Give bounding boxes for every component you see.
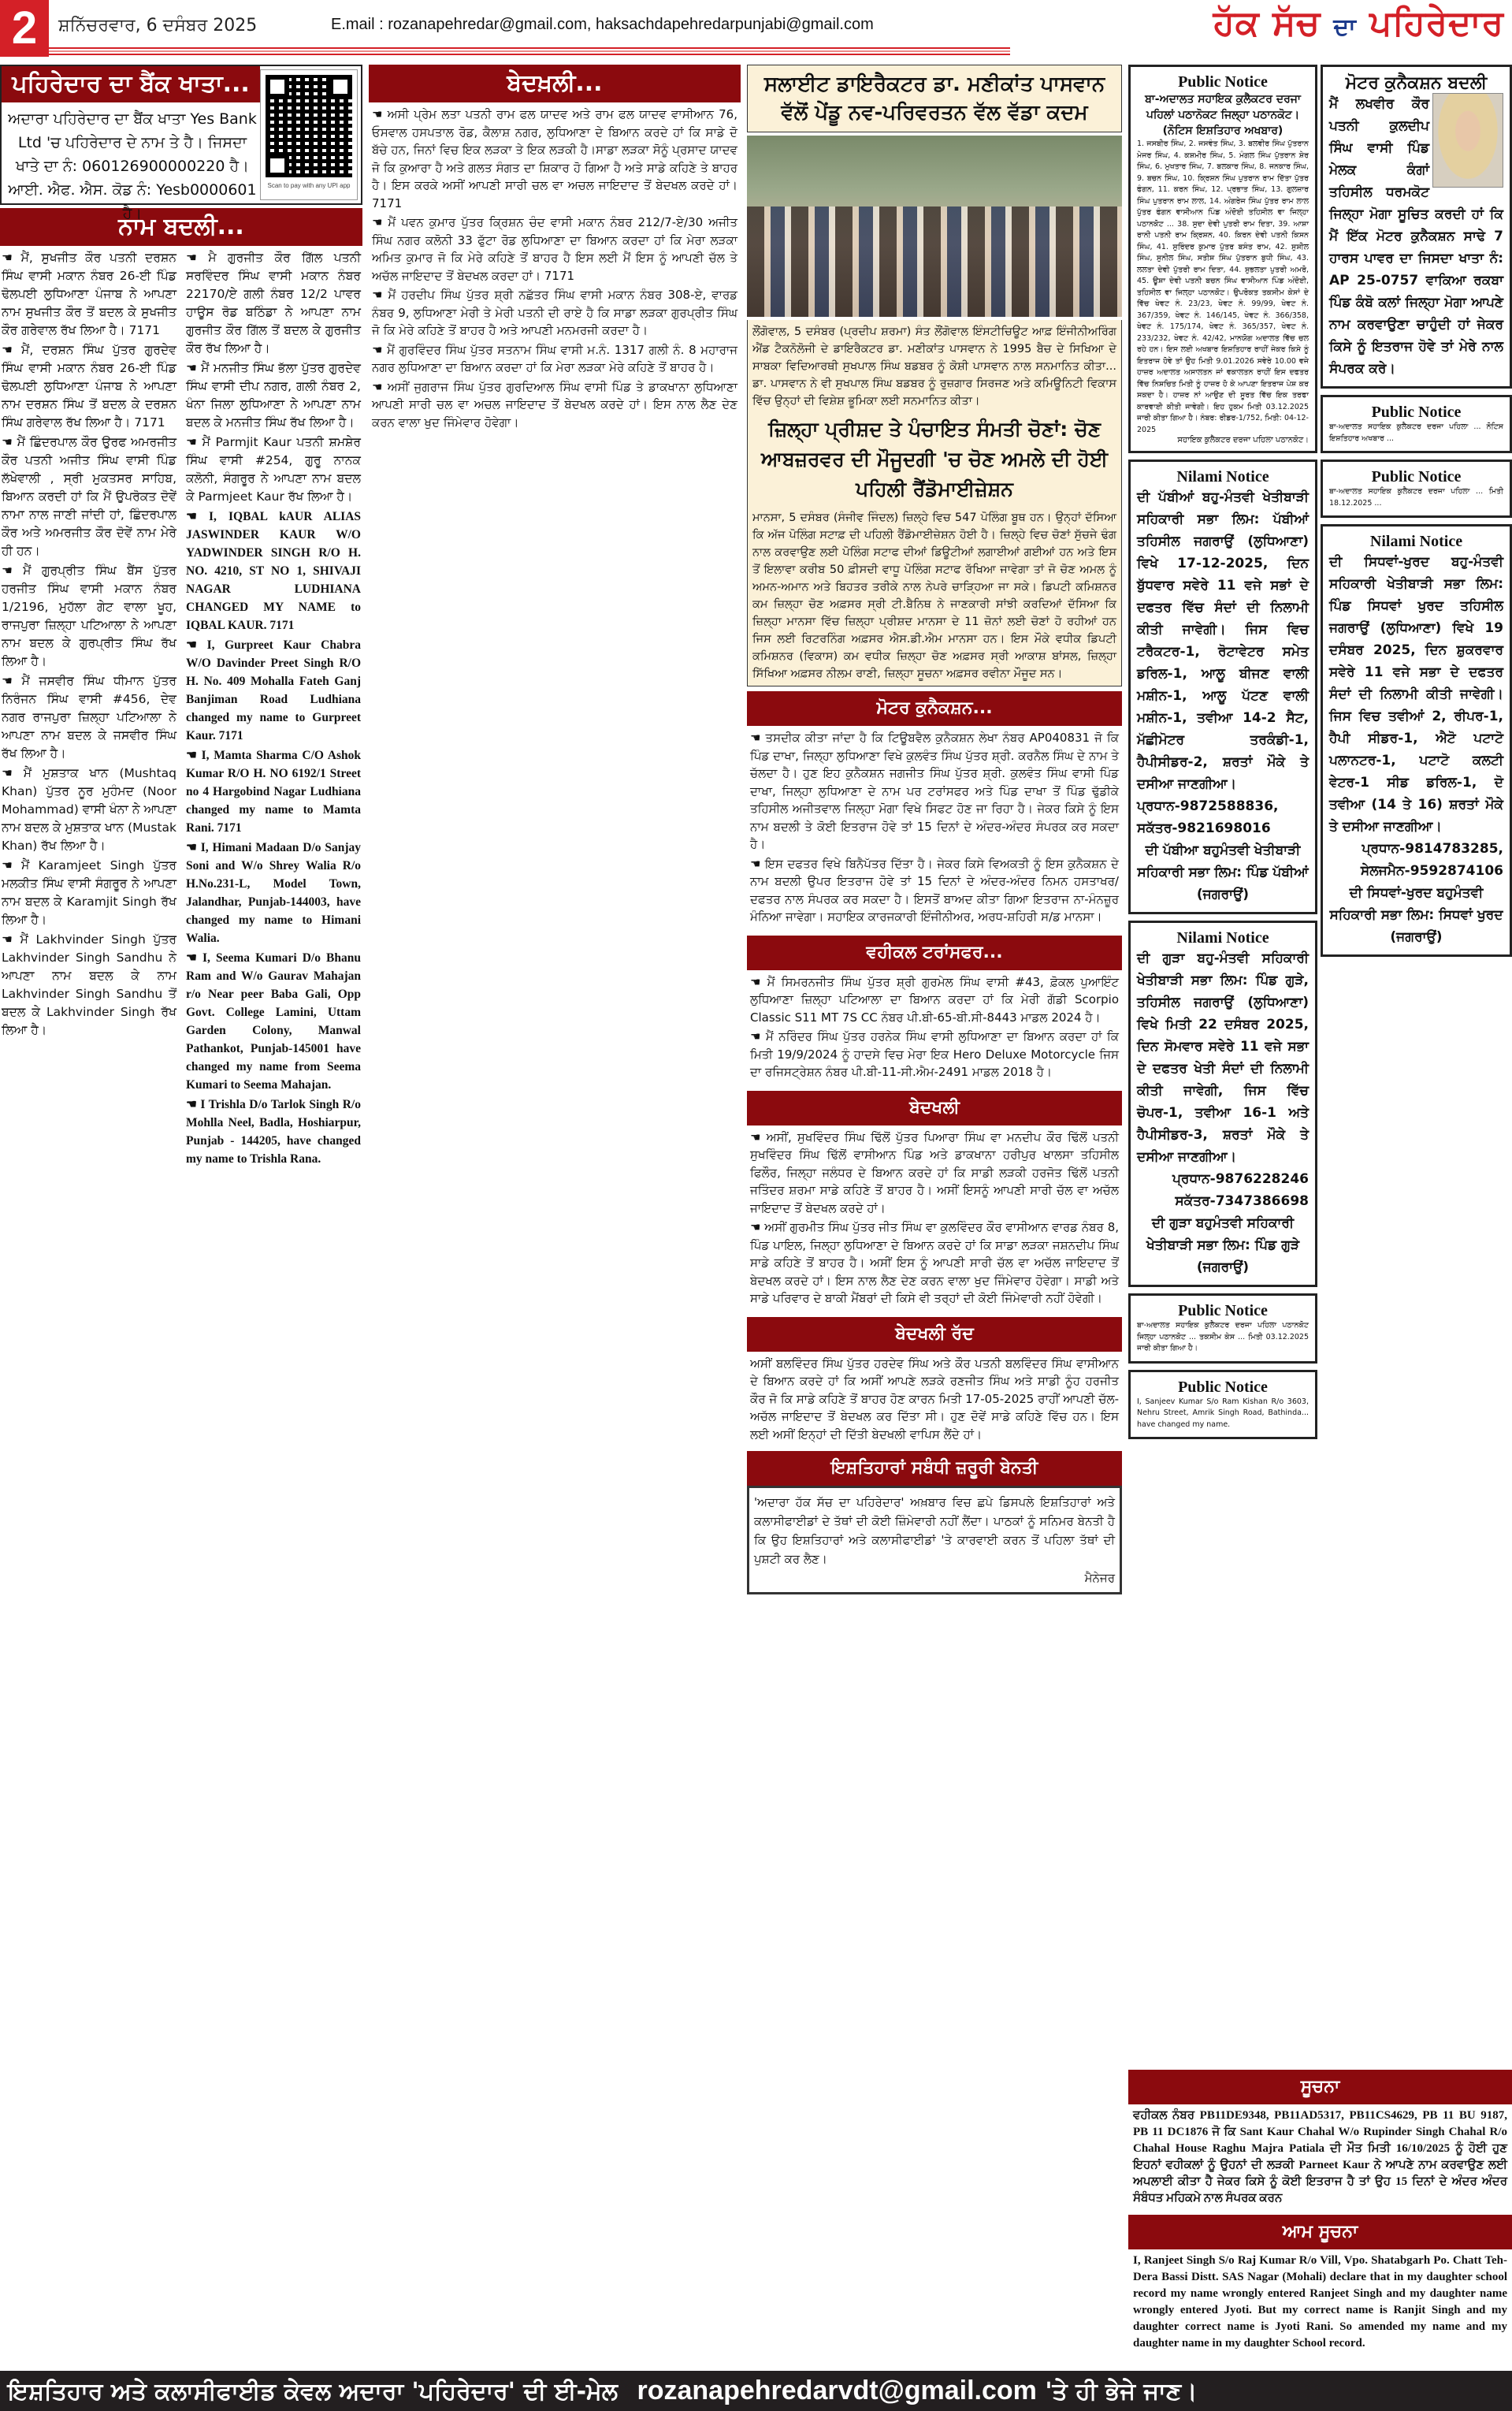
- notice-contacts: ਪ੍ਰਧਾਨ-9814783285, ਸੇਲਜਮੈਨ-9592874106: [1329, 838, 1503, 882]
- list-item: ਤਸਦੀਕ ਕੀਤਾ ਜਾਂਦਾ ਹੈ ਕਿ ਟਿਊਬਵੈਲ ਕੁਨੈਕਸ਼ਨ …: [750, 729, 1119, 854]
- notice-title: Nilami Notice: [1137, 929, 1309, 947]
- bank-account-text: ਅਦਾਰਾ ਪਹਿਰੇਦਾਰ ਦਾ ਬੈਂਕ ਖਾਤਾ Yes Bank Ltd…: [6, 107, 258, 225]
- banner-email[interactable]: rozanapehredarvdt@gmail.com: [637, 2376, 1037, 2405]
- notice-body: ਦੀ ਪੱਬੀਆਂ ਬਹੁ-ਮੰਤਵੀ ਖੇਤੀਬਾੜੀ ਸਹਿਕਾਰੀ ਸਭਾ…: [1137, 486, 1309, 795]
- notice-title: Public Notice: [1137, 1302, 1309, 1320]
- logo-left: ਹੱਕ ਸੱਚ: [1213, 3, 1321, 43]
- ads-request-heading: ਇਸ਼ਤਿਹਾਰਾਂ ਸਬੰਧੀ ਜ਼ਰੂਰੀ ਬੇਨਤੀ: [747, 1451, 1122, 1486]
- list-item: ਮੈਂ ਮਨਜੀਤ ਸਿੰਘ ਭੱਲਾ ਪੁੱਤਰ ਗੁਰਦੇਵ ਸਿੰਘ ਵਾ…: [186, 359, 361, 432]
- notice-signature: ਦੀ ਗੁੜਾ ਬਹੁਮੰਤਵੀ ਸਹਿਕਾਰੀ ਖੇਤੀਬਾੜੀ ਸਭਾ ਲਿ…: [1137, 1212, 1309, 1278]
- list-item: I Trishla D/o Tarlok Singh R/o Mohlla Ne…: [186, 1096, 361, 1168]
- bedkhali-radd-heading: ਬੇਦਖਲੀ ਰੱਦ: [747, 1317, 1122, 1352]
- name-change-col-left: ਮੈਂ, ਸੁਖਜੀਤ ਕੌਰ ਪਤਨੀ ਦਰਸ਼ਨ ਸਿੰਘ ਵਾਸੀ ਮਕਾ…: [2, 249, 176, 1170]
- list-item: ਮੈਂ ਹਰਦੀਪ ਸਿੰਘ ਪੁੱਤਰ ਸ਼੍ਰੀ ਨਛੱਤਰ ਸਿੰਘ ਵਾ…: [372, 286, 737, 340]
- bank-account-box: ਪਹਿਰੇਦਾਰ ਦਾ ਬੈਂਕ ਖਾਤਾ... ਅਦਾਰਾ ਪਹਿਰੇਦਾਰ …: [0, 65, 362, 205]
- bottom-banner: ਇਸ਼ਤਿਹਾਰ ਅਤੇ ਕਲਾਸੀਫਾਈਡ ਕੇਵਲ ਅਦਾਰਾ 'ਪਹਿਰੇ…: [0, 2371, 1512, 2411]
- list-item: ਮੈਂ ਮੁਸ਼ਤਾਕ ਖਾਨ (Mushtaq Khan) ਪੁੱਤਰ ਨੂਰ…: [2, 765, 176, 855]
- header-rules: [49, 47, 1010, 58]
- notice-signature: ਸਹਾਇਕ ਕੁਲੈਕਟਰ ਦਰਜਾ ਪਹਿਲਾ ਪਠਾਨਕੋਟ।: [1137, 436, 1309, 445]
- public-notice-2: Public Notice ਬਾ-ਅਦਾਲਤ ਸਹਾਇਕ ਕੁਲੈਕਟਰ ਦਰਜ…: [1128, 1293, 1317, 1364]
- name-change-col-right: ਮੈ ਗੁਰਜੀਤ ਕੌਰ ਗਿੱਲ ਪਤਨੀ ਸਰਵਿੰਦਰ ਸਿੰਘ ਵਾਸ…: [186, 249, 361, 1170]
- public-notice-pathankot: Public Notice ਬਾ-ਅਦਾਲਤ ਸਹਾਇਕ ਕੁਲੈਕਟਰ ਦਰਜ…: [1128, 65, 1317, 453]
- notice-body: ਬਾ-ਅਦਾਲਤ ਸਹਾਇਕ ਕੁਲੈਕਟਰ ਦਰਜਾ ਪਹਿਲਾ ... ਨੋ…: [1329, 422, 1503, 445]
- name-change-list: ਮੈਂ, ਸੁਖਜੀਤ ਕੌਰ ਪਤਨੀ ਦਰਸ਼ਨ ਸਿੰਘ ਵਾਸੀ ਮਕਾ…: [0, 246, 362, 1173]
- motor-connection-list: ਤਸਦੀਕ ਕੀਤਾ ਜਾਂਦਾ ਹੈ ਕਿ ਟਿਊਬਵੈਲ ਕੁਨੈਕਸ਼ਨ …: [747, 726, 1122, 931]
- list-item: ਮੈ ਗੁਰਜੀਤ ਕੌਰ ਗਿੱਲ ਪਤਨੀ ਸਰਵਿੰਦਰ ਸਿੰਘ ਵਾਸ…: [186, 249, 361, 358]
- suchna-heading: ਸੂਚਨਾ: [1128, 2070, 1512, 2104]
- bedkhali-radd-text: ਅਸੀਂ ਬਲਵਿੰਦਰ ਸਿੰਘ ਪੁੱਤਰ ਹਰਦੇਵ ਸਿੰਘ ਅਤੇ ਕ…: [747, 1352, 1122, 1447]
- applicant-photo: [1432, 93, 1503, 188]
- list-item: ਮੈਂ Parmjit Kaur ਪਤਨੀ ਸ਼ਮਸ਼ੇਰ ਸਿੰਘ ਵਾਸੀ …: [186, 433, 361, 506]
- bedkhali2-heading: ਬੇਦਖਲੀ: [747, 1091, 1122, 1126]
- vehicle-transfer-heading: ਵਹੀਕਲ ਟਰਾਂਸਫਰ...: [747, 936, 1122, 970]
- list-item: ਅਸੀਂ ਜੁਗਰਾਜ ਸਿੰਘ ਪੁੱਤਰ ਗੁਰਦਿਆਲ ਸਿੰਘ ਵਾਸੀ…: [372, 378, 737, 432]
- notice-contacts: ਪ੍ਰਧਾਨ-9876228246 ਸਕੱਤਰ-7347386698: [1137, 1168, 1309, 1212]
- upi-qr-code[interactable]: Scan to pay with any UPI app: [260, 69, 358, 200]
- notice-title: Public Notice: [1329, 468, 1503, 486]
- list-item: ਮੈਂ ਛਿੰਦਰਪਾਲ ਕੌਰ ਉਰਫ ਅਮਰਜੀਤ ਕੌਰ ਪਤਨੀ ਅਜੀ…: [2, 433, 176, 560]
- qr-caption: Scan to pay with any UPI app: [261, 182, 357, 189]
- public-notice-4: Public Notice ਬਾ-ਅਦਾਲਤ ਸਹਾਇਕ ਕੁਲੈਕਟਰ ਦਰਜ…: [1321, 395, 1512, 453]
- suchna-section: ਸੂਚਨਾ ਵਹੀਕਲ ਨੰਬਰ PB11DE9348, PB11AD5317,…: [1128, 2070, 1512, 2355]
- list-item: ਅਸੀਂ, ਸੁਖਵਿੰਦਰ ਸਿੰਘ ਢਿੱਲੋਂ ਪੁੱਤਰ ਪਿਆਰਾ ਸ…: [750, 1129, 1119, 1218]
- nilami-notice-sidhwan: Nilami Notice ਦੀ ਸਿਧਵਾਂ-ਖੁਰਦ ਬਹੁ-ਮੰਤਵੀ ਸ…: [1321, 524, 1512, 957]
- list-item: I, Seema Kumari D/o Bhanu Ram and W/o Ga…: [186, 949, 361, 1094]
- election-body: ਮਾਨਸਾ, 5 ਦਸੰਬਰ (ਸੰਜੀਵ ਜਿੰਦਲ) ਜ਼ਿਲ੍ਹੇ ਵਿਚ…: [747, 506, 1122, 686]
- list-item: ਮੈਂ ਨਰਿੰਦਰ ਸਿੰਘ ਪੁੱਤਰ ਹਰਨੇਕ ਸਿੰਘ ਵਾਸੀ ਲੁ…: [750, 1028, 1119, 1081]
- notice-body: ਬਾ-ਅਦਾਲਤ ਸਹਾਇਕ ਕੁਲੈਕਟਰ ਦਰਜਾ ਪਹਿਲਾ ... ਮਿ…: [1329, 486, 1503, 509]
- notice-signature: ਦੀ ਸਿਧਵਾਂ-ਖੁਰਦ ਬਹੁਮੰਤਵੀ ਸਹਿਕਾਰੀ ਸਭਾ ਲਿਮ:…: [1329, 882, 1503, 948]
- ads-request-box: 'ਅਦਾਰਾ ਹੱਕ ਸੱਚ ਦਾ ਪਹਿਰੇਦਾਰ' ਅਖ਼ਬਾਰ ਵਿਚ ਛ…: [747, 1486, 1122, 1594]
- feature-headline: ਸਲਾਈਟ ਡਾਇਰੈਕਟਰ ਡਾ. ਮਣੀਕਾਂਤ ਪਾਸਵਾਨ ਵੱਲੋਂ …: [747, 65, 1122, 132]
- feature-photo: [747, 136, 1122, 317]
- notice-title: Public Notice: [1329, 404, 1503, 422]
- list-item: ਮੈਂ ਗੁਰਪ੍ਰੀਤ ਸਿੰਘ ਬੈਂਸ ਪੁੱਤਰ ਹਰਜੀਤ ਸਿੰਘ …: [2, 562, 176, 671]
- bedkhali-list: ਅਸੀ ਪ੍ਰੇਮ ਲਤਾ ਪਤਨੀ ਰਾਮ ਫਲ ਯਾਦਵ ਅਤੇ ਰਾਮ ਫ…: [369, 102, 741, 436]
- logo-mid: ਦਾ: [1333, 13, 1356, 41]
- aam-suchna-text: I, Ranjeet Singh S/o Raj Kumar R/o Vill,…: [1128, 2249, 1512, 2355]
- column-5: ਮੋਟਰ ਕੁਨੈਕਸ਼ਨ ਬਦਲੀ ਮੈਂ ਲਖਵੀਰ ਕੌਰ ਪਤਨੀ ਕੁ…: [1321, 65, 1512, 963]
- notice-title: Public Notice: [1137, 1379, 1309, 1397]
- issue-date: ਸ਼ਨਿੱਚਰਵਾਰ, 6 ਦਸੰਬਰ 2025: [58, 16, 257, 35]
- list-item: ਮੈਂ Lakhvinder Singh ਪੁੱਤਰ Lakhvinder Si…: [2, 931, 176, 1040]
- column-4: Public Notice ਬਾ-ਅਦਾਲਤ ਸਹਾਇਕ ਕੁਲੈਕਟਰ ਦਰਜ…: [1128, 65, 1317, 1445]
- page-number: 2: [0, 0, 49, 57]
- list-item: ਮੈਂ ਜਸਵੀਰ ਸਿੰਘ ਧੀਮਾਨ ਪੁੱਤਰ ਨਿਰੰਜਨ ਸਿੰਘ ਵ…: [2, 672, 176, 763]
- suchna-text: ਵਹੀਕਲ ਨੰਬਰ PB11DE9348, PB11AD5317, PB11C…: [1128, 2104, 1512, 2210]
- list-item: ਅਸੀਂ ਗੁਰਮੀਤ ਸਿੰਘ ਪੁੱਤਰ ਜੀਤ ਸਿੰਘ ਵਾ ਕੁਲਵਿ…: [750, 1219, 1119, 1308]
- list-item: ਮੈਂ, ਸੁਖਜੀਤ ਕੌਰ ਪਤਨੀ ਦਰਸ਼ਨ ਸਿੰਘ ਵਾਸੀ ਮਕਾ…: [2, 249, 176, 340]
- newspaper-logo: ਹੱਕ ਸੱਚ ਦਾ ਪਹਿਰੇਦਾਰ: [1213, 3, 1504, 43]
- header-email[interactable]: E.mail : rozanapehredar@gmail.com, haksa…: [331, 16, 874, 34]
- nilami-notice-gurhe: Nilami Notice ਦੀ ਗੁੜਾ ਬਹੁ-ਮੰਤਵੀ ਸਹਿਕਾਰੀ …: [1128, 921, 1317, 1287]
- column-3: ਸਲਾਈਟ ਡਾਇਰੈਕਟਰ ਡਾ. ਮਣੀਕਾਂਤ ਪਾਸਵਾਨ ਵੱਲੋਂ …: [747, 65, 1122, 1594]
- notice-body: I, Sanjeev Kumar S/o Ram Kishan R/o 3603…: [1137, 1397, 1309, 1431]
- notice-body: 1. ਜਸਬੀਰ ਸਿੰਘ, 2. ਜਸਵੰਤ ਸਿੰਘ, 3. ਬਲਵੀਰ ਸ…: [1137, 139, 1309, 436]
- notice-contacts: ਪ੍ਰਧਾਨ-9872588836, ਸਕੱਤਰ-9821698016: [1137, 795, 1309, 839]
- list-item: ਮੈਂ ਪਵਨ ਕੁਮਾਰ ਪੁੱਤਰ ਕ੍ਰਿਸ਼ਨ ਚੰਦ ਵਾਸੀ ਮਕਾ…: [372, 214, 737, 285]
- qr-code-icon: [266, 75, 352, 177]
- list-item: I, Mamta Sharma C/O Ashok Kumar R/O H. N…: [186, 746, 361, 837]
- list-item: I, Gurpreet Kaur Chabra W/O Davinder Pre…: [186, 636, 361, 745]
- list-item: ਮੈਂ, ਦਰਸ਼ਨ ਸਿੰਘ ਪੁੱਤਰ ਗੁਰਦੇਵ ਸਿੰਘ ਵਾਸੀ ਮ…: [2, 341, 176, 432]
- list-item: ਅਸੀ ਪ੍ਰੇਮ ਲਤਾ ਪਤਨੀ ਰਾਮ ਫਲ ਯਾਦਵ ਅਤੇ ਰਾਮ ਫ…: [372, 106, 737, 212]
- masthead: 2 ਸ਼ਨਿੱਚਰਵਾਰ, 6 ਦਸੰਬਰ 2025 E.mail : roza…: [0, 0, 1512, 57]
- feature-body: ਲੌਂਗੋਵਾਲ, 5 ਦਸੰਬਰ (ਪ੍ਰਦੀਪ ਸ਼ਰਮਾ) ਸੰਤ ਲੌਂ…: [747, 320, 1122, 413]
- motor-connection-heading: ਮੋਟਰ ਕੁਨੈਕਸ਼ਨ...: [747, 691, 1122, 726]
- notice-title: Nilami Notice: [1137, 468, 1309, 486]
- notice-body: ਬਾ-ਅਦਾਲਤ ਸਹਾਇਕ ਕੁਲੈਕਟਰ ਦਰਜਾ ਪਹਿਲਾ ਪਠਾਨਕੋ…: [1137, 1320, 1309, 1355]
- public-notice-5: Public Notice ਬਾ-ਅਦਾਲਤ ਸਹਾਇਕ ਕੁਲੈਕਟਰ ਦਰਜ…: [1321, 460, 1512, 518]
- notice-body: ਦੀ ਸਿਧਵਾਂ-ਖੁਰਦ ਬਹੁ-ਮੰਤਵੀ ਸਹਿਕਾਰੀ ਖੇਤੀਬਾੜ…: [1329, 551, 1503, 838]
- motor-connection-badli: ਮੋਟਰ ਕੁਨੈਕਸ਼ਨ ਬਦਲੀ ਮੈਂ ਲਖਵੀਰ ਕੌਰ ਪਤਨੀ ਕੁ…: [1321, 65, 1512, 389]
- public-notice-3: Public Notice I, Sanjeev Kumar S/o Ram K…: [1128, 1370, 1317, 1440]
- notice-title: Public Notice: [1137, 73, 1309, 91]
- ads-request-text: 'ਅਦਾਰਾ ਹੱਕ ਸੱਚ ਦਾ ਪਹਿਰੇਦਾਰ' ਅਖ਼ਬਾਰ ਵਿਚ ਛ…: [754, 1495, 1115, 1566]
- list-item: ਮੈਂ Karamjeet Singh ਪੁੱਤਰ ਮਲਕੀਤ ਸਿੰਘ ਵਾਸ…: [2, 857, 176, 929]
- logo-right: ਪਹਿਰੇਦਾਰ: [1369, 3, 1504, 43]
- list-item: ਮੈਂ ਸਿਮਰਨਜੀਤ ਸਿੰਘ ਪੁੱਤਰ ਸ਼੍ਰੀ ਗੁਰਮੇਲ ਸਿੰ…: [750, 973, 1119, 1027]
- list-item: ਮੈਂ ਗੁਰਵਿੰਦਰ ਸਿੰਘ ਪੁੱਤਰ ਸਤਨਾਮ ਸਿੰਘ ਵਾਸੀ …: [372, 341, 737, 377]
- vehicle-transfer-list: ਮੈਂ ਸਿਮਰਨਜੀਤ ਸਿੰਘ ਪੁੱਤਰ ਸ਼੍ਰੀ ਗੁਰਮੇਲ ਸਿੰ…: [747, 970, 1122, 1086]
- list-item: I, Himani Madaan D/o Sanjay Soni and W/o…: [186, 839, 361, 947]
- list-item: ਇਸ ਦਫਤਰ ਵਿਖੇ ਬਿਨੈਪੱਤਰ ਦਿੱਤਾ ਹੈ। ਜੇਕਰ ਕਿਸ…: [750, 855, 1119, 926]
- ads-request-sign: ਮੈਨੇਜਰ: [754, 1568, 1115, 1587]
- notice-subtitle: ਬਾ-ਅਦਾਲਤ ਸਹਾਇਕ ਕੁਲੈਕਟਰ ਦਰਜਾ ਪਹਿਲਾਂ ਪਠਾਨੋ…: [1137, 91, 1309, 139]
- column-2: ਬੇਦਖ਼ਲੀ... ਅਸੀ ਪ੍ਰੇਮ ਲਤਾ ਪਤਨੀ ਰਾਮ ਫਲ ਯਾਦ…: [369, 65, 741, 436]
- column-1: ਪਹਿਰੇਦਾਰ ਦਾ ਬੈਂਕ ਖਾਤਾ... ਅਦਾਰਾ ਪਹਿਰੇਦਾਰ …: [0, 65, 362, 1173]
- notice-title: Nilami Notice: [1329, 533, 1503, 551]
- bedkhali-heading: ਬੇਦਖ਼ਲੀ...: [369, 65, 741, 102]
- election-headline: ਜ਼ਿਲ੍ਹਾ ਪ੍ਰੀਸ਼ਦ ਤੇ ਪੰਚਾਇਤ ਸੰਮਤੀ ਚੋਣਾਂ: ਚ…: [747, 413, 1122, 506]
- bank-account-title: ਪਹਿਰੇਦਾਰ ਦਾ ਬੈਂਕ ਖਾਤਾ...: [2, 66, 260, 102]
- nilami-notice-pabbian: Nilami Notice ਦੀ ਪੱਬੀਆਂ ਬਹੁ-ਮੰਤਵੀ ਖੇਤੀਬਾ…: [1128, 460, 1317, 914]
- notice-signature: ਦੀ ਪੱਬੀਆ ਬਹੁਮੰਤਵੀ ਖੇਤੀਬਾੜੀ ਸਹਿਕਾਰੀ ਸਭਾ ਲ…: [1137, 839, 1309, 906]
- bedkhali2-list: ਅਸੀਂ, ਸੁਖਵਿੰਦਰ ਸਿੰਘ ਢਿੱਲੋਂ ਪੁੱਤਰ ਪਿਆਰਾ ਸ…: [747, 1126, 1122, 1312]
- notice-title: ਮੋਟਰ ਕੁਨੈਕਸ਼ਨ ਬਦਲੀ: [1329, 73, 1503, 93]
- aam-suchna-heading: ਆਮ ਸੂਚਨਾ: [1128, 2215, 1512, 2249]
- notice-body: ਦੀ ਗੁੜਾ ਬਹੁ-ਮੰਤਵੀ ਸਹਿਕਾਰੀ ਖੇਤੀਬਾੜੀ ਸਭਾ ਲ…: [1137, 947, 1309, 1168]
- banner-suffix: 'ਤੇ ਹੀ ਭੇਜੇ ਜਾਣ।: [1045, 2378, 1197, 2405]
- list-item: I, IQBAL kAUR ALIAS JASWINDER KAUR W/O Y…: [186, 508, 361, 634]
- banner-text: ਇਸ਼ਤਿਹਾਰ ਅਤੇ ਕਲਾਸੀਫਾਈਡ ਕੇਵਲ ਅਦਾਰਾ 'ਪਹਿਰੇ…: [8, 2378, 618, 2405]
